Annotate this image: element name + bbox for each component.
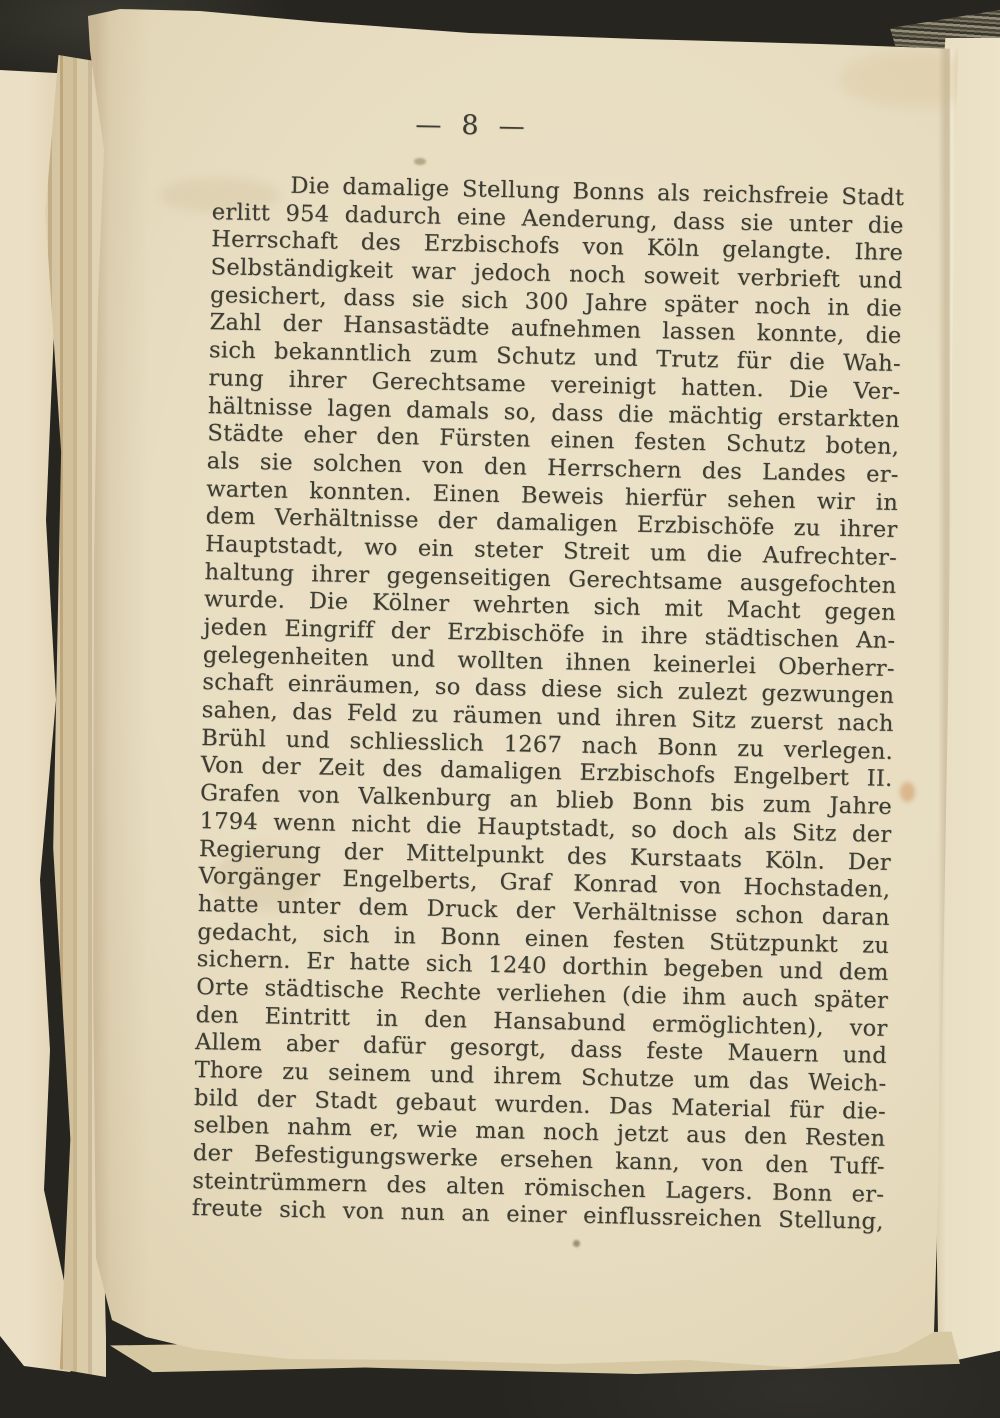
page-number: 8 xyxy=(461,110,479,141)
header-right-dash: — xyxy=(498,112,525,142)
paper-stain xyxy=(900,782,915,802)
page-number-header: — 8 — xyxy=(370,108,571,142)
book-photo-scene: — 8 — Die damalige Stellung Bonns als re… xyxy=(0,0,1000,1418)
paper-stain xyxy=(573,1240,580,1247)
paper-stain xyxy=(414,158,426,165)
header-left-dash: — xyxy=(415,110,442,140)
page-text: Die damalige Stellung Bonns als reichsfr… xyxy=(192,171,905,1237)
